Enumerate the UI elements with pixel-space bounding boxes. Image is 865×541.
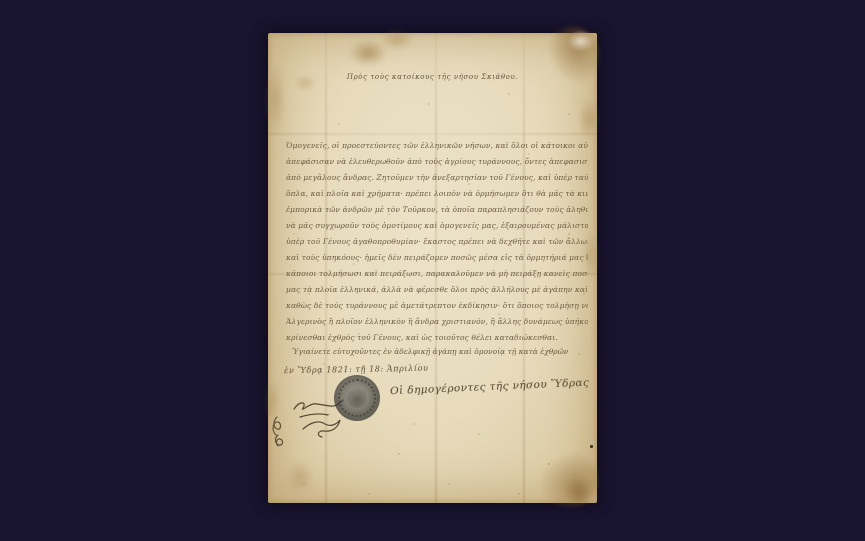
- handwritten-line: μας τὰ πλοῖα ἑλληνικά, ἀλλὰ νὰ φέρεσθε ὅ…: [286, 282, 588, 298]
- handwritten-line: ἀπὸ μεγάλους ἄνδρας. Ζητοῦμεν τὴν ἀνεξαρ…: [286, 170, 588, 186]
- paper-stain: [286, 461, 314, 493]
- foxing-spots: [268, 33, 270, 35]
- handwritten-line: κρίνεσθαι ἐχθρὸς τοῦ Γένους, καὶ ὡς τοιο…: [286, 330, 588, 346]
- manuscript-page: Πρὸς τοὺς κατοίκους τῆς νήσου Σκιάθου. Ὁ…: [268, 33, 597, 503]
- date-place-line: ἐν Ὕδρᾳ 1821: τῇ 18: Ἀπριλίου: [284, 364, 429, 376]
- signature-left-scrawl: [270, 387, 360, 453]
- signature-stroke: [300, 414, 328, 417]
- paper-tear: [568, 31, 594, 51]
- handwritten-line: κάποιοι τολμήσωσι καὶ πειράξωσι, παρακαλ…: [286, 266, 588, 282]
- signature-right: Οἱ δημογέροντες τῆς νήσου Ὕδρας: [390, 377, 590, 398]
- closing-salutation: Ὑγιαίνετε εὐτυχοῦντες ἐν ἀδελφικῇ ἀγάπῃ …: [292, 347, 572, 356]
- handwritten-line: Ὁμογενεῖς, οἱ προεστεύοντες τῶν ἑλληνικῶ…: [286, 138, 588, 154]
- handwritten-line: Ἀλγερινὸς ἢ πλοῖον ἑλληνικὸν ἢ ἄνδρα χρι…: [286, 314, 588, 330]
- handwritten-line: ὅπλα, καὶ πλοῖα καὶ χρήματα· πρέπει λοιπ…: [286, 186, 588, 202]
- document-body: Ὁμογενεῖς, οἱ προεστεύοντες τῶν ἑλληνικῶ…: [286, 138, 588, 346]
- paper-stain: [538, 451, 598, 507]
- document-header: Πρὸς τοὺς κατοίκους τῆς νήσου Σκιάθου.: [268, 73, 597, 81]
- handwritten-line: ὑπὲρ τοῦ Γένους ἀγαθοπροθυμίαν· ἕκαστος …: [286, 234, 588, 250]
- handwritten-line: νὰ μᾶς συγχωροῦν τοὺς ὁμοτίμους καὶ ὁμογ…: [286, 218, 588, 234]
- signature-stroke: [303, 420, 340, 437]
- handwritten-line: καθὼς δὲ τοὺς τυράννους μὲ ἀμετάτρεπτον …: [286, 298, 588, 314]
- ink-speck: [590, 445, 593, 448]
- margin-flourish: [273, 417, 280, 435]
- handwritten-line: ἀπεφάσισαν νὰ ἐλευθερωθοῦν ἀπὸ τοὺς ἀγρί…: [286, 154, 588, 170]
- paper-stain: [380, 30, 414, 50]
- paper-stain: [564, 479, 594, 507]
- photo-background: Πρὸς τοὺς κατοίκους τῆς νήσου Σκιάθου. Ὁ…: [0, 0, 865, 541]
- margin-flourish: [275, 435, 282, 446]
- handwritten-line: καὶ τοὺς ὑπηκόους· ἡμεῖς δὲν πειράζομεν …: [286, 250, 588, 266]
- handwritten-line: ἐμπορικὰ τῶν ἀνδρῶν μὲ τὸν Τοῦρκον, τὰ ὁ…: [286, 202, 588, 218]
- signature-stroke: [294, 400, 343, 409]
- fold-crease-horizontal: [268, 133, 597, 135]
- paper-stain: [348, 39, 388, 67]
